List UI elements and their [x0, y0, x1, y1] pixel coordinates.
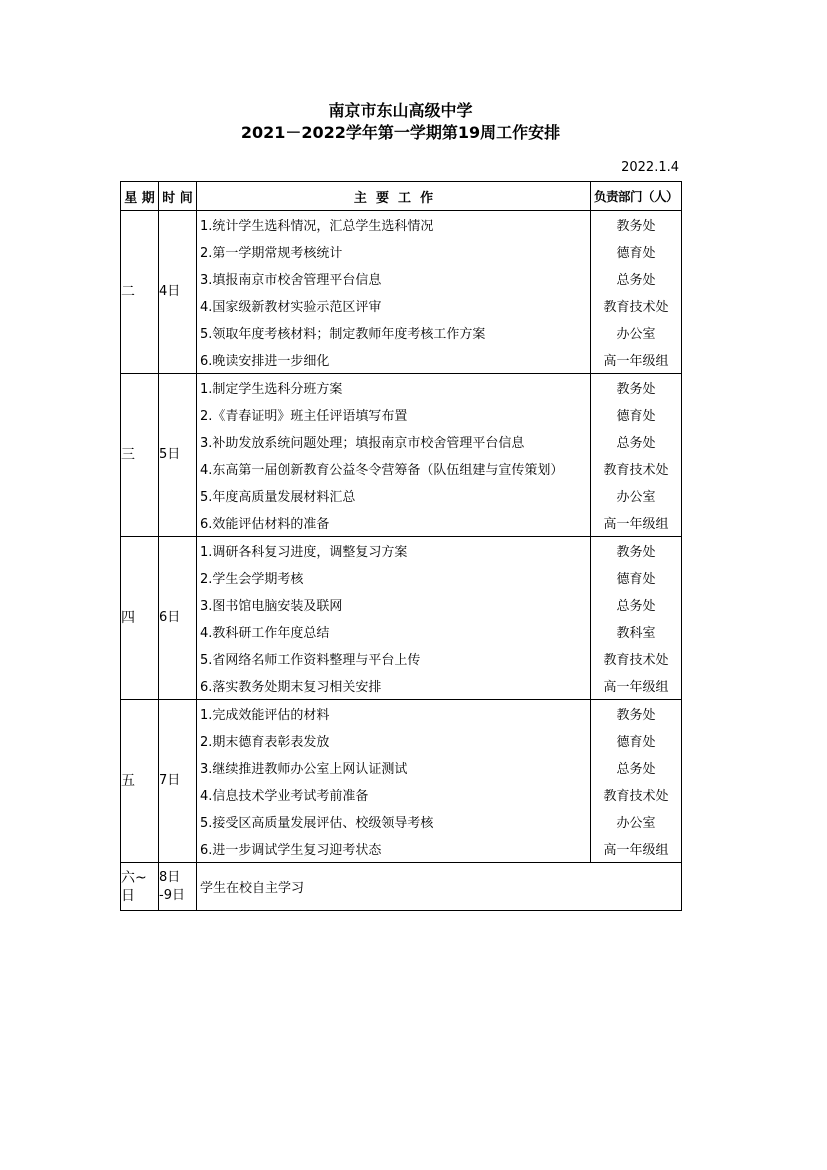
task-item: 4.国家级新教材实验示范区评审 — [197, 292, 590, 319]
task-item: 1.完成效能评估的材料 — [197, 700, 590, 727]
dept-item: 教务处 — [591, 211, 681, 238]
dept-item: 总务处 — [591, 754, 681, 781]
task-item: 6.进一步调试学生复习迎考状态 — [197, 835, 590, 862]
footer-row: 六~日8日 -9日学生在校自主学习 — [121, 863, 682, 911]
task-item: 2.第一学期常规考核统计 — [197, 238, 590, 265]
document-page: 南京市东山高级中学 2021－2022学年第一学期第19周工作安排 2022.1… — [0, 0, 827, 1170]
dept-item: 德育处 — [591, 564, 681, 591]
task-list: 1.完成效能评估的材料2.期末德育表彰表发放3.继续推进教师办公室上网认证测试4… — [197, 700, 591, 863]
dept-item: 教育技术处 — [591, 645, 681, 672]
col-header-weekday: 星 期 — [121, 182, 159, 211]
task-item: 4.教科研工作年度总结 — [197, 618, 590, 645]
col-header-main-work: 主 要 工 作 — [197, 182, 591, 211]
task-item: 2.期末德育表彰表发放 — [197, 727, 590, 754]
dept-list: 教务处德育处总务处教育技术处办公室高一年级组 — [591, 211, 682, 374]
schedule-subtitle: 2021－2022学年第一学期第19周工作安排 — [120, 122, 681, 144]
task-item: 2.《青春证明》班主任评语填写布置 — [197, 401, 590, 428]
task-item: 6.落实教务处期末复习相关安排 — [197, 672, 590, 699]
dept-item: 总务处 — [591, 428, 681, 455]
col-header-time: 时 间 — [159, 182, 197, 211]
dept-item: 教务处 — [591, 374, 681, 401]
task-item: 5.领取年度考核材料；制定教师年度考核工作方案 — [197, 319, 590, 346]
dept-item: 德育处 — [591, 238, 681, 265]
task-item: 4.东高第一届创新教育公益冬令营筹备（队伍组建与宣传策划） — [197, 455, 590, 482]
dept-item: 教科室 — [591, 618, 681, 645]
task-item: 5.年度高质量发展材料汇总 — [197, 482, 590, 509]
task-item: 3.填报南京市校舍管理平台信息 — [197, 265, 590, 292]
task-item: 5.接受区高质量发展评估、校级领导考核 — [197, 808, 590, 835]
task-list: 1.调研各科复习进度，调整复习方案2.学生会学期考核3.图书馆电脑安装及联网4.… — [197, 537, 591, 700]
dept-item: 德育处 — [591, 401, 681, 428]
weekday-cell: 四 — [121, 537, 159, 700]
weekday-cell: 五 — [121, 700, 159, 863]
task-item: 3.补助发放系统问题处理；填报南京市校舍管理平台信息 — [197, 428, 590, 455]
dept-list: 教务处德育处总务处教科室教育技术处高一年级组 — [591, 537, 682, 700]
time-cell: 6日 — [159, 537, 197, 700]
day-row: 二4日1.统计学生选科情况，汇总学生选科情况2.第一学期常规考核统计3.填报南京… — [121, 211, 682, 374]
dept-list: 教务处德育处总务处教育技术处办公室高一年级组 — [591, 374, 682, 537]
task-item: 6.晚读安排进一步细化 — [197, 346, 590, 373]
time-cell: 5日 — [159, 374, 197, 537]
task-list: 1.统计学生选科情况，汇总学生选科情况2.第一学期常规考核统计3.填报南京市校舍… — [197, 211, 591, 374]
task-item: 6.效能评估材料的准备 — [197, 509, 590, 536]
dept-item: 总务处 — [591, 265, 681, 292]
task-item: 1.制定学生选科分班方案 — [197, 374, 590, 401]
dept-item: 办公室 — [591, 482, 681, 509]
task-item: 5.省网络名师工作资料整理与平台上传 — [197, 645, 590, 672]
task-item: 2.学生会学期考核 — [197, 564, 590, 591]
dept-item: 教育技术处 — [591, 455, 681, 482]
dept-item: 教务处 — [591, 700, 681, 727]
task-item: 3.图书馆电脑安装及联网 — [197, 591, 590, 618]
time-cell: 8日 -9日 — [159, 863, 197, 911]
dept-item: 总务处 — [591, 591, 681, 618]
dept-item: 高一年级组 — [591, 835, 681, 862]
dept-list: 教务处德育处总务处教育技术处办公室高一年级组 — [591, 700, 682, 863]
dept-item: 教务处 — [591, 537, 681, 564]
day-row: 五7日1.完成效能评估的材料2.期末德育表彰表发放3.继续推进教师办公室上网认证… — [121, 700, 682, 863]
weekday-cell: 二 — [121, 211, 159, 374]
weekday-cell: 三 — [121, 374, 159, 537]
weekly-schedule-table: 星 期 时 间 主 要 工 作 负责部门（人） 二4日1.统计学生选科情况，汇总… — [120, 181, 682, 911]
time-cell: 7日 — [159, 700, 197, 863]
task-item: 3.继续推进教师办公室上网认证测试 — [197, 754, 590, 781]
dept-item: 高一年级组 — [591, 672, 681, 699]
task-item: 1.调研各科复习进度，调整复习方案 — [197, 537, 590, 564]
dept-item: 德育处 — [591, 727, 681, 754]
dept-item: 高一年级组 — [591, 509, 681, 536]
day-row: 四6日1.调研各科复习进度，调整复习方案2.学生会学期考核3.图书馆电脑安装及联… — [121, 537, 682, 700]
task-list: 1.制定学生选科分班方案2.《青春证明》班主任评语填写布置3.补助发放系统问题处… — [197, 374, 591, 537]
col-header-department: 负责部门（人） — [591, 182, 682, 211]
school-title: 南京市东山高级中学 — [120, 0, 681, 122]
dept-item: 教育技术处 — [591, 781, 681, 808]
date-label: 2022.1.4 — [120, 160, 681, 176]
table-body: 二4日1.统计学生选科情况，汇总学生选科情况2.第一学期常规考核统计3.填报南京… — [121, 211, 682, 911]
task-item: 1.统计学生选科情况，汇总学生选科情况 — [197, 211, 590, 238]
dept-item: 办公室 — [591, 319, 681, 346]
dept-item: 办公室 — [591, 808, 681, 835]
weekday-cell: 六~日 — [121, 863, 159, 911]
document-content: 南京市东山高级中学 2021－2022学年第一学期第19周工作安排 2022.1… — [120, 0, 681, 911]
day-row: 三5日1.制定学生选科分班方案2.《青春证明》班主任评语填写布置3.补助发放系统… — [121, 374, 682, 537]
dept-item: 教育技术处 — [591, 292, 681, 319]
dept-item: 高一年级组 — [591, 346, 681, 373]
footer-merged-cell: 学生在校自主学习 — [197, 863, 682, 911]
task-item: 4.信息技术学业考试考前准备 — [197, 781, 590, 808]
time-cell: 4日 — [159, 211, 197, 374]
table-header-row: 星 期 时 间 主 要 工 作 负责部门（人） — [121, 182, 682, 211]
